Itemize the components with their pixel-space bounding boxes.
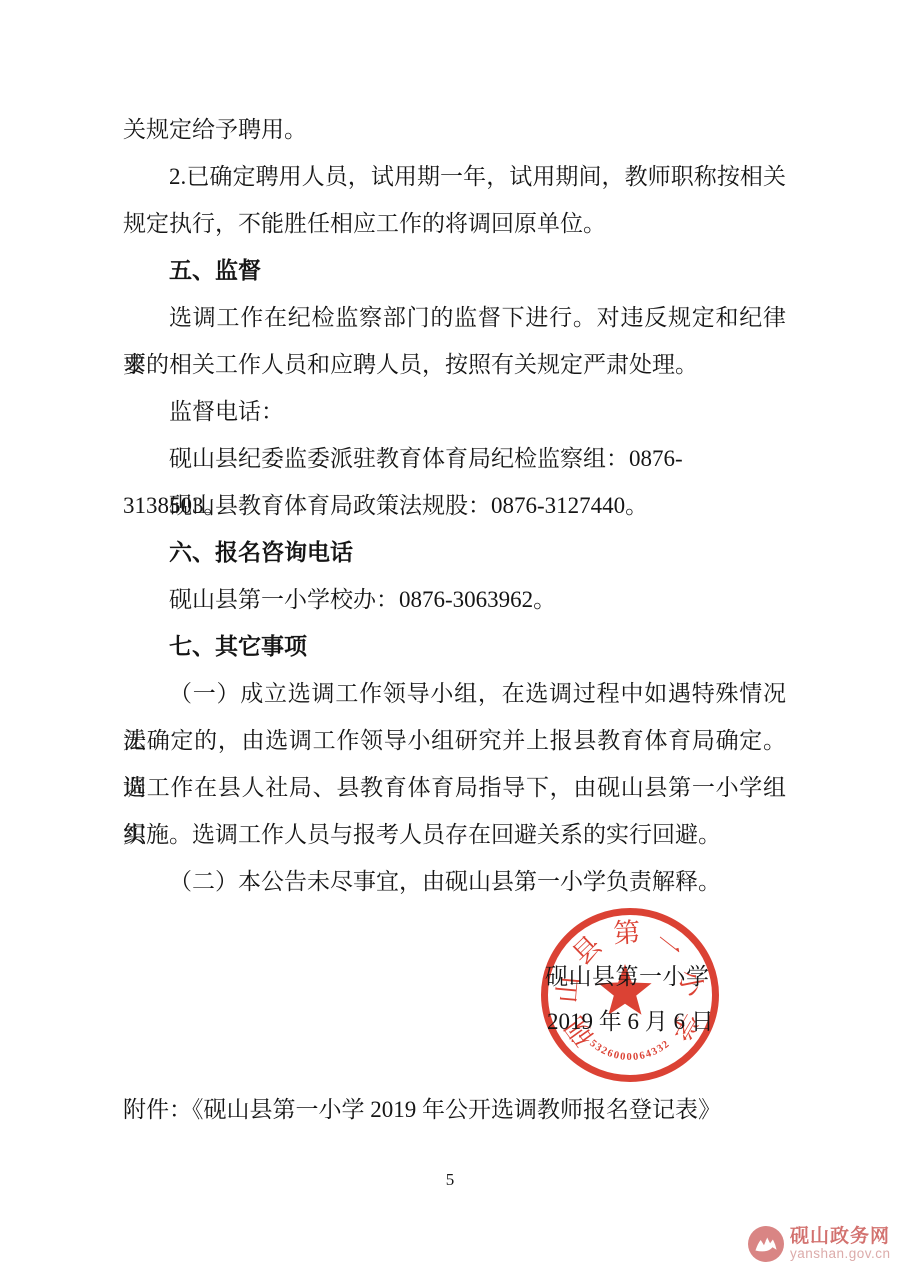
footer-site-logo: 砚山政务网 yanshan.gov.cn [748,1226,891,1262]
mountain-icon [748,1226,784,1262]
section-heading: 七、其它事项 [123,623,786,670]
footer-site-url: yanshan.gov.cn [790,1247,891,1261]
signature-org: 砚山县第一小学 [545,962,710,992]
document-line: 2.已确定聘用人员，试用期一年，试用期间，教师职称按相关 [123,153,786,200]
footer-site-name: 砚山政务网 [790,1227,891,1247]
section-heading: 五、监督 [123,247,786,294]
document-line: 调工作在县人社局、县教育体育局指导下，由砚山县第一小学组织 [123,764,786,811]
document-line: 选调工作在纪检监察部门的监督下进行。对违反规定和纪律要 [123,294,786,341]
document-line: 实施。选调工作人员与报考人员存在回避关系的实行回避。 [123,811,786,858]
document-line: 关规定给予聘用。 [123,106,786,153]
official-seal: 砚 山 县 第 一 小 学 5326000064332 [536,903,724,1087]
section-heading: 六、报名咨询电话 [123,529,786,576]
document-line: （二）本公告未尽事宜，由砚山县第一小学负责解释。 [123,858,786,905]
footer-site-text: 砚山政务网 yanshan.gov.cn [790,1227,891,1261]
signature-date: 2019 年 6 月 6 日 [547,1007,714,1037]
document-line: 砚山县第一小学校办：0876-3063962。 [123,576,786,623]
attachment-line: 附件：《砚山县第一小学 2019 年公开选调教师报名登记表》 [123,1095,721,1125]
document-lines: 关规定给予聘用。2.已确定聘用人员，试用期一年，试用期间，教师职称按相关规定执行… [123,106,786,905]
document-line: 求的相关工作人员和应聘人员，按照有关规定严肃处理。 [123,341,786,388]
document-line: （一）成立选调工作领导小组，在选调过程中如遇特殊情况无 [123,670,786,717]
document-line: 监督电话： [123,388,786,435]
document-line: 砚山县纪委监委派驻教育体育局纪检监察组：0876-3138503。 [123,435,786,482]
document-page: 关规定给予聘用。2.已确定聘用人员，试用期一年，试用期间，教师职称按相关规定执行… [0,0,900,1273]
seal-graphic: 砚 山 县 第 一 小 学 5326000064332 [536,903,724,1087]
seal-code: 5326000064332 [587,1038,672,1063]
seal-arc-char: 第 [612,917,641,948]
mountain-icon-glyph [753,1231,779,1257]
document-line: 法确定的，由选调工作领导小组研究并上报县教育体育局确定。选 [123,717,786,764]
document-line: 规定执行，不能胜任相应工作的将调回原单位。 [123,200,786,247]
document-line: 砚山县教育体育局政策法规股：0876-3127440。 [123,482,786,529]
page-number: 5 [0,1170,900,1190]
